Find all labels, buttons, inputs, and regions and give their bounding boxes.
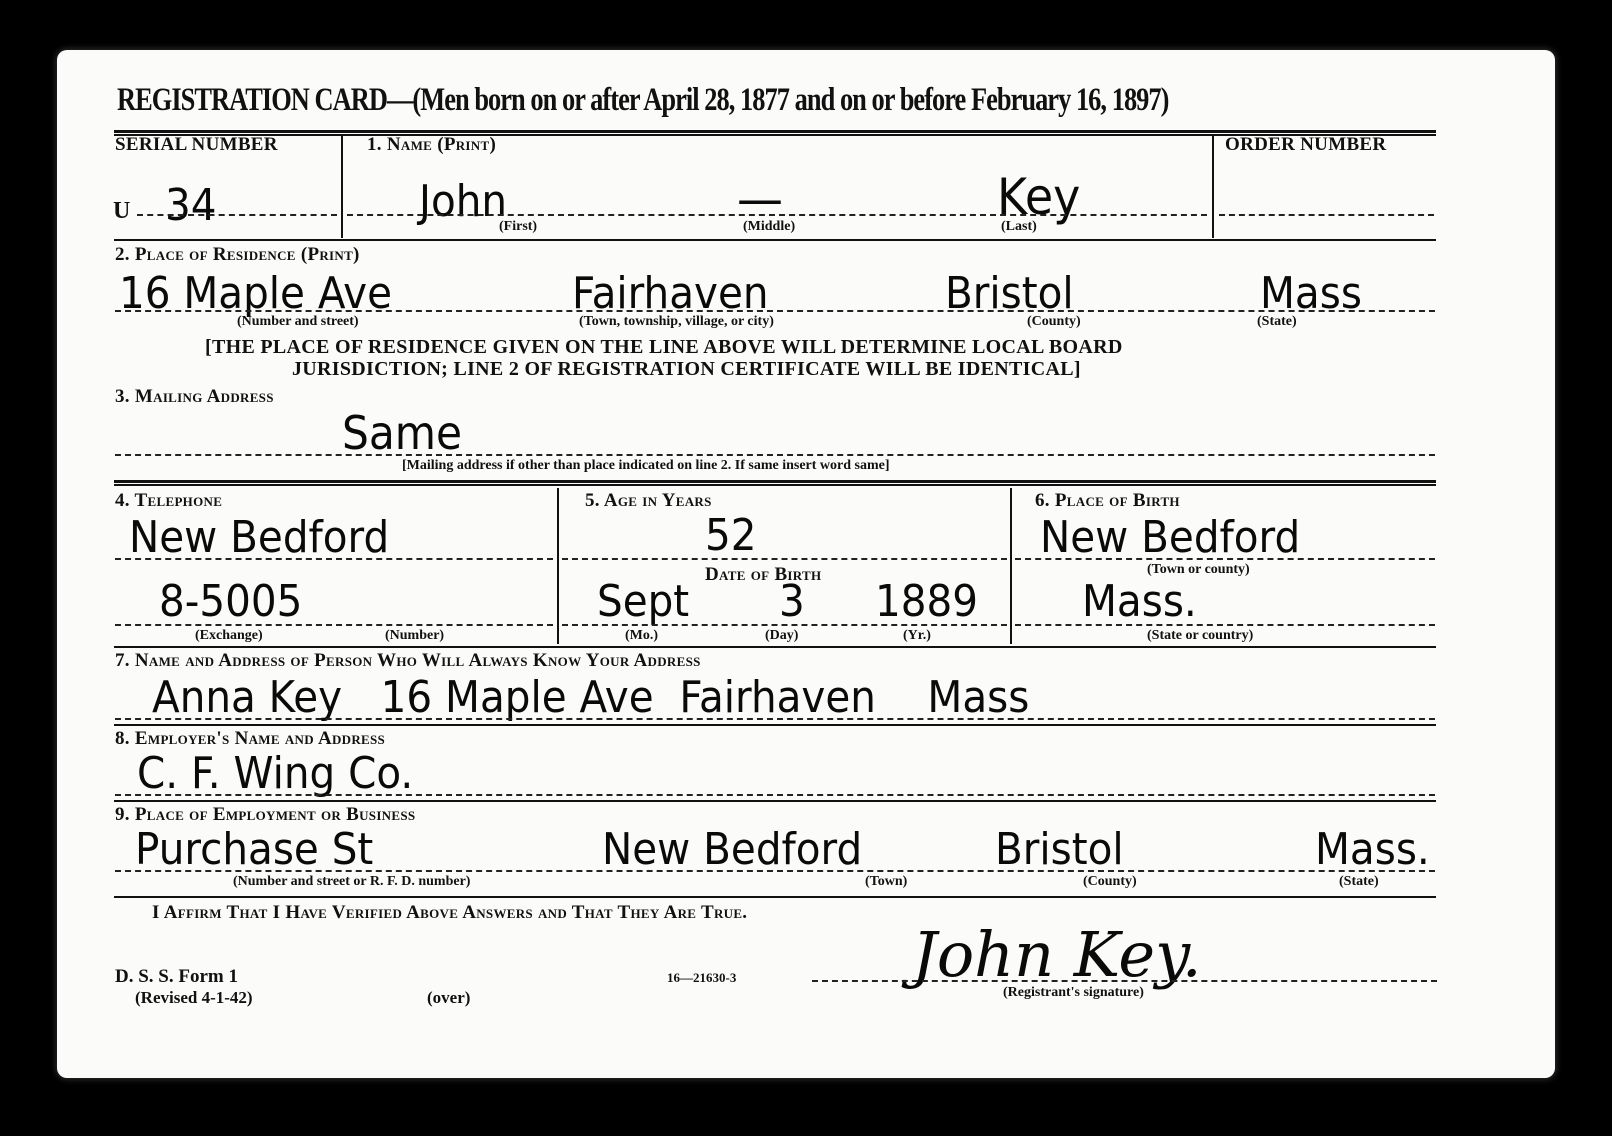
mailing-caption: [Mailing address if other than place ind… [402, 458, 890, 474]
age-line [562, 558, 1007, 560]
employment-street-value[interactable]: Purchase St [135, 824, 373, 875]
number-caption: (Number) [385, 628, 444, 644]
state-caption: (State) [1257, 314, 1297, 330]
employment-street-caption: (Number and street or R. F. D. number) [233, 874, 470, 890]
last-name-value[interactable]: Key [997, 168, 1080, 226]
day-caption: (Day) [765, 628, 798, 644]
birth-town-line [1015, 558, 1435, 560]
over-note: (over) [427, 988, 470, 1008]
contact-person-label: 7. Name and Address of Person Who Will A… [115, 650, 701, 672]
birth-month-value[interactable]: Sept [597, 576, 689, 627]
signature-caption: (Registrant's signature) [1003, 985, 1144, 1001]
serial-number-label: SERIAL NUMBER [115, 134, 278, 156]
name-line [347, 214, 1207, 216]
employment-label: 9. Place of Employment or Business [115, 804, 415, 826]
dob-line [562, 624, 1007, 626]
first-name-value[interactable]: John [419, 176, 507, 227]
telephone-number-value[interactable]: 8-5005 [159, 576, 302, 627]
form-revised: (Revised 4-1-42) [135, 988, 253, 1008]
divider [341, 134, 343, 238]
employment-line [115, 870, 1435, 872]
employment-state-value[interactable]: Mass. [1315, 824, 1430, 875]
mailing-address-label: 3. Mailing Address [115, 386, 274, 408]
affirmation-text: I Affirm That I Have Verified Above Answ… [152, 902, 747, 924]
employment-state-caption: (State) [1339, 874, 1379, 890]
birth-state-line [1015, 624, 1435, 626]
employment-town-value[interactable]: New Bedford [602, 824, 862, 875]
mailing-line [115, 454, 1435, 456]
employment-county-caption: (County) [1083, 874, 1137, 890]
divider [1212, 134, 1214, 238]
employment-town-caption: (Town) [865, 874, 907, 890]
divider [114, 800, 1436, 802]
card-title: REGISTRATION CARD—(Men born on or after … [117, 82, 1169, 119]
first-caption: (First) [499, 219, 537, 235]
contact-line [115, 718, 1435, 720]
mailing-address-value[interactable]: Same [342, 406, 462, 460]
divider [557, 488, 559, 644]
order-number-label: ORDER NUMBER [1225, 134, 1386, 156]
employer-label: 8. Employer's Name and Address [115, 728, 385, 750]
birth-year-value[interactable]: 1889 [875, 576, 978, 627]
serial-line [137, 214, 337, 216]
divider [114, 724, 1436, 726]
telephone-line-2 [115, 624, 553, 626]
employment-county-value[interactable]: Bristol [995, 824, 1124, 875]
serial-number-value[interactable]: 34 [165, 180, 217, 231]
year-caption: (Yr.) [903, 628, 931, 644]
telephone-label: 4. Telephone [115, 490, 222, 512]
exchange-caption: (Exchange) [195, 628, 263, 644]
divider [1010, 488, 1012, 644]
county-caption: (County) [1027, 314, 1081, 330]
middle-caption: (Middle) [743, 219, 795, 235]
contact-person-value[interactable]: Anna Key 16 Maple Ave Fairhaven Mass [152, 672, 1029, 723]
order-number-field[interactable] [1219, 214, 1434, 216]
print-code: 16—21630-3 [667, 970, 736, 986]
divider [114, 896, 1436, 898]
divider [114, 480, 1436, 486]
town-caption: (Town, township, village, or city) [579, 314, 774, 330]
registration-card: REGISTRATION CARD—(Men born on or after … [57, 50, 1555, 1078]
divider [114, 239, 1436, 241]
serial-prefix: U [113, 198, 131, 225]
name-label: 1. Name (Print) [367, 134, 496, 156]
employer-value[interactable]: C. F. Wing Co. [137, 748, 413, 799]
telephone-line-1 [115, 558, 553, 560]
divider [114, 646, 1436, 648]
employer-line [115, 794, 1435, 796]
residence-notice-line1: [THE PLACE OF RESIDENCE GIVEN ON THE LIN… [205, 336, 1123, 359]
signature-line [812, 980, 1437, 982]
age-label: 5. Age in Years [585, 490, 712, 512]
residence-notice-line2: JURISDICTION; LINE 2 OF REGISTRATION CER… [292, 358, 1081, 381]
last-caption: (Last) [1001, 219, 1037, 235]
place-of-birth-label: 6. Place of Birth [1035, 490, 1180, 512]
form-name: D. S. S. Form 1 [115, 966, 238, 988]
street-caption: (Number and street) [237, 314, 359, 330]
residence-line [115, 310, 1435, 312]
birth-day-value[interactable]: 3 [779, 576, 805, 627]
month-caption: (Mo.) [625, 628, 658, 644]
birth-state-value[interactable]: Mass. [1082, 576, 1197, 627]
age-value[interactable]: 52 [705, 510, 757, 561]
birth-state-caption: (State or country) [1147, 628, 1253, 644]
residence-label: 2. Place of Residence (Print) [115, 244, 360, 266]
birth-town-value[interactable]: New Bedford [1040, 512, 1300, 563]
telephone-exchange-value[interactable]: New Bedford [129, 512, 389, 563]
